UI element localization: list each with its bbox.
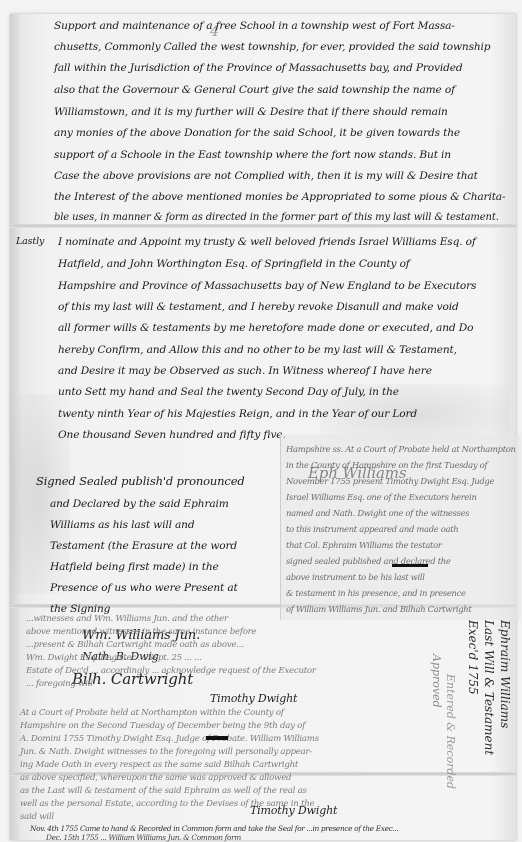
text-line: hereby Confirm, and Allow this and no ot… [58, 344, 457, 356]
text-line: fall within the Jurisdiction of the Prov… [54, 62, 462, 74]
endorsement-faint: Approved [430, 654, 443, 708]
text-line: support of a Schoole in the East townshi… [54, 149, 451, 161]
endorsement-line: Ephraim Williams [498, 620, 512, 728]
text-line: Hampshire ss. At a Court of Probate held… [286, 444, 516, 454]
text-line: Case the above provisions are not Compli… [54, 170, 478, 182]
text-line: chusetts, Commonly Called the west towns… [54, 41, 490, 53]
text-line: Presence of us who were Present at [50, 582, 238, 594]
text-line: Dec. 15th 1755 ... William Williams Jun.… [46, 833, 241, 842]
text-line: that Col. Ephraim Williams the testator [286, 540, 442, 550]
text-line: I nominate and Appoint my trusty & well … [58, 236, 476, 248]
text-line: & testament in his presence, and in pres… [286, 588, 466, 598]
text-line: twenty ninth Year of his Majesties Reign… [58, 408, 417, 420]
text-line: Nov. 4th 1755 Came to hand & Recorded in… [30, 824, 398, 833]
text-line: any monies of the above Donation for the… [54, 127, 460, 139]
text-line: the Interest of the above mentioned moni… [54, 191, 505, 203]
text-line: above mentioned witnesses in the same in… [26, 627, 256, 637]
ink-blot [206, 736, 228, 740]
text-line: Hampshire on the Second Tuesday of Decem… [20, 721, 305, 731]
text-line: Estate of Dec'd ... accordingly ... ackn… [26, 666, 316, 676]
text-line: Jun. & Nath. Dwight witnesses to the for… [20, 747, 312, 757]
text-line: Williamstown, and it is my further will … [54, 106, 448, 118]
text-line: Support and maintenance of a free School… [54, 20, 455, 32]
judge-signature: Timothy Dwight [250, 804, 337, 817]
fold-line [10, 224, 516, 228]
text-line: in the County of Hampshire on the first … [286, 460, 487, 470]
text-line: and Declared by the said Ephraim [50, 498, 229, 510]
text-line: as the Last will & testament of the said… [20, 786, 307, 796]
text-line: At a Court of Probate held at Northampto… [20, 708, 284, 718]
text-line: ...witnesses and Wm. Williams Jun. and t… [26, 614, 228, 624]
judge-signature: Timothy Dwight [210, 692, 297, 705]
text-line: and Desire it may be Observed as such. I… [58, 365, 432, 377]
text-line: Williams as his last will and [50, 519, 195, 531]
text-line: as above specified, whereupon the same w… [20, 773, 291, 783]
text-line: Israel Williams Esq. one of the Executor… [286, 492, 477, 502]
text-line: all former wills & testaments by me here… [58, 322, 473, 334]
text-line: unto Sett my hand and Seal the twenty Se… [58, 386, 399, 398]
text-line: Testament (the Erasure at the word [50, 540, 237, 552]
text-line: A. Domini 1755 Timothy Dwight Esq. Judge… [20, 734, 319, 744]
text-line: of William Williams Jun. and Bilhah Cart… [286, 604, 471, 614]
text-line: above instrument to be his last will [286, 572, 425, 582]
text-line: to this instrument appeared and made oat… [286, 524, 458, 534]
text-line: ing Made Oath in every respect as the sa… [20, 760, 298, 770]
text-line: Wm. Dwight Esq. Register ... Sept. 25 ..… [26, 653, 202, 663]
text-line: of this my last will & testament, and I … [58, 301, 459, 313]
ink-blot [392, 564, 428, 567]
text-line: ble uses, in manner & form as directed i… [54, 212, 499, 223]
endorsement-line: Exec'd 1755 [466, 620, 480, 695]
text-line: Hatfield, and John Worthington Esq. of S… [58, 258, 410, 270]
text-line: One thousand Seven hundred and fifty fiv… [58, 429, 286, 441]
text-line: Hampshire and Province of Massachusetts … [58, 280, 476, 292]
endorsement-faint: Entered & Recorded [444, 674, 457, 789]
text-line: Hatfield being first made) in the [50, 561, 219, 573]
text-line: November 1755 present Timothy Dwight Esq… [286, 476, 494, 486]
text-line: named and Nath. Dwight one of the witnes… [286, 508, 469, 518]
text-line: Signed Sealed publish'd pronounced [36, 474, 245, 488]
endorsement-line: Last Will & Testament [482, 620, 496, 755]
lastly-margin-note: Lastly [16, 236, 44, 247]
text-line: ... foregoing will [26, 679, 93, 689]
text-line: also that the Governour & General Court … [54, 84, 455, 96]
text-line: said will [20, 812, 54, 822]
text-line: ...present & Bilhah Cartwright made oath… [26, 640, 244, 650]
document-page: 4 Support and maintenance of a free Scho… [10, 14, 516, 840]
